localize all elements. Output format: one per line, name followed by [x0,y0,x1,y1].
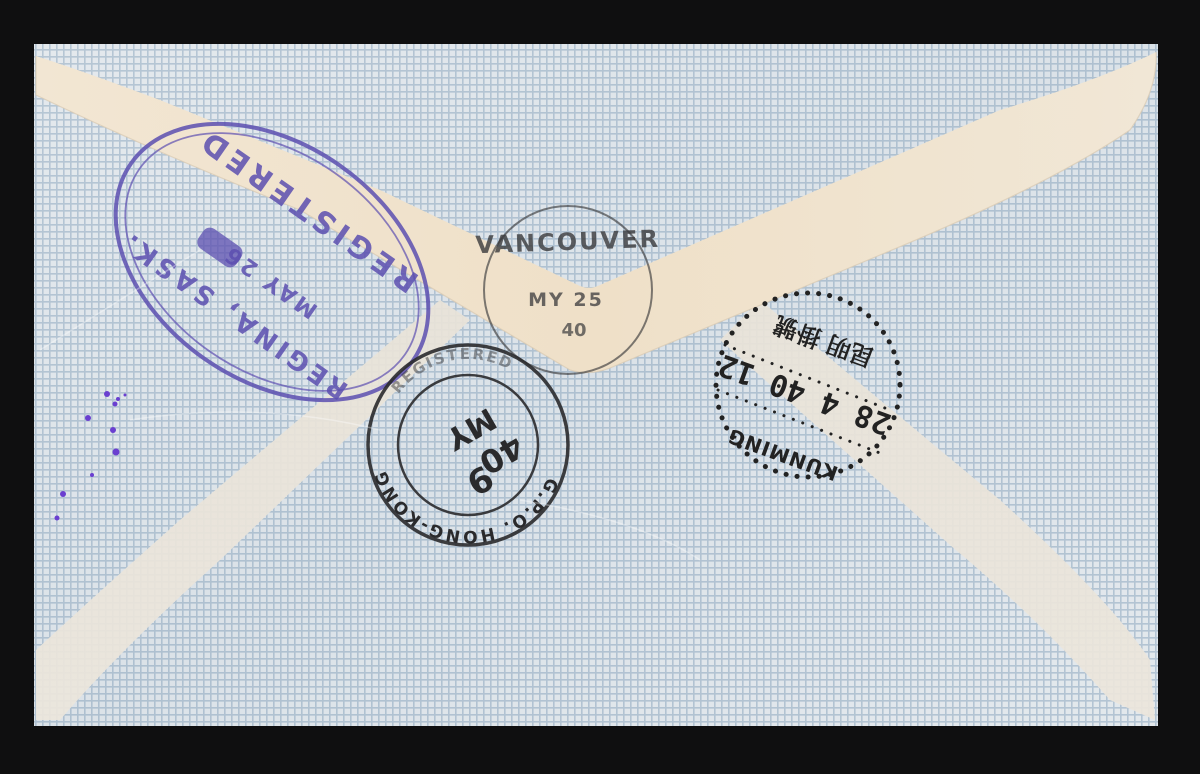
vancouver-year-text: 40 [561,320,586,341]
vancouver-date-text: MY 25 [528,289,604,311]
envelope-photo: REGINA, SASK. MAY 26 REGISTERED VANCOUVE… [0,0,1200,774]
hong-kong-postmark: G.P.O. HONG-KONG REGISTERED 9 MY 40 [368,345,568,546]
